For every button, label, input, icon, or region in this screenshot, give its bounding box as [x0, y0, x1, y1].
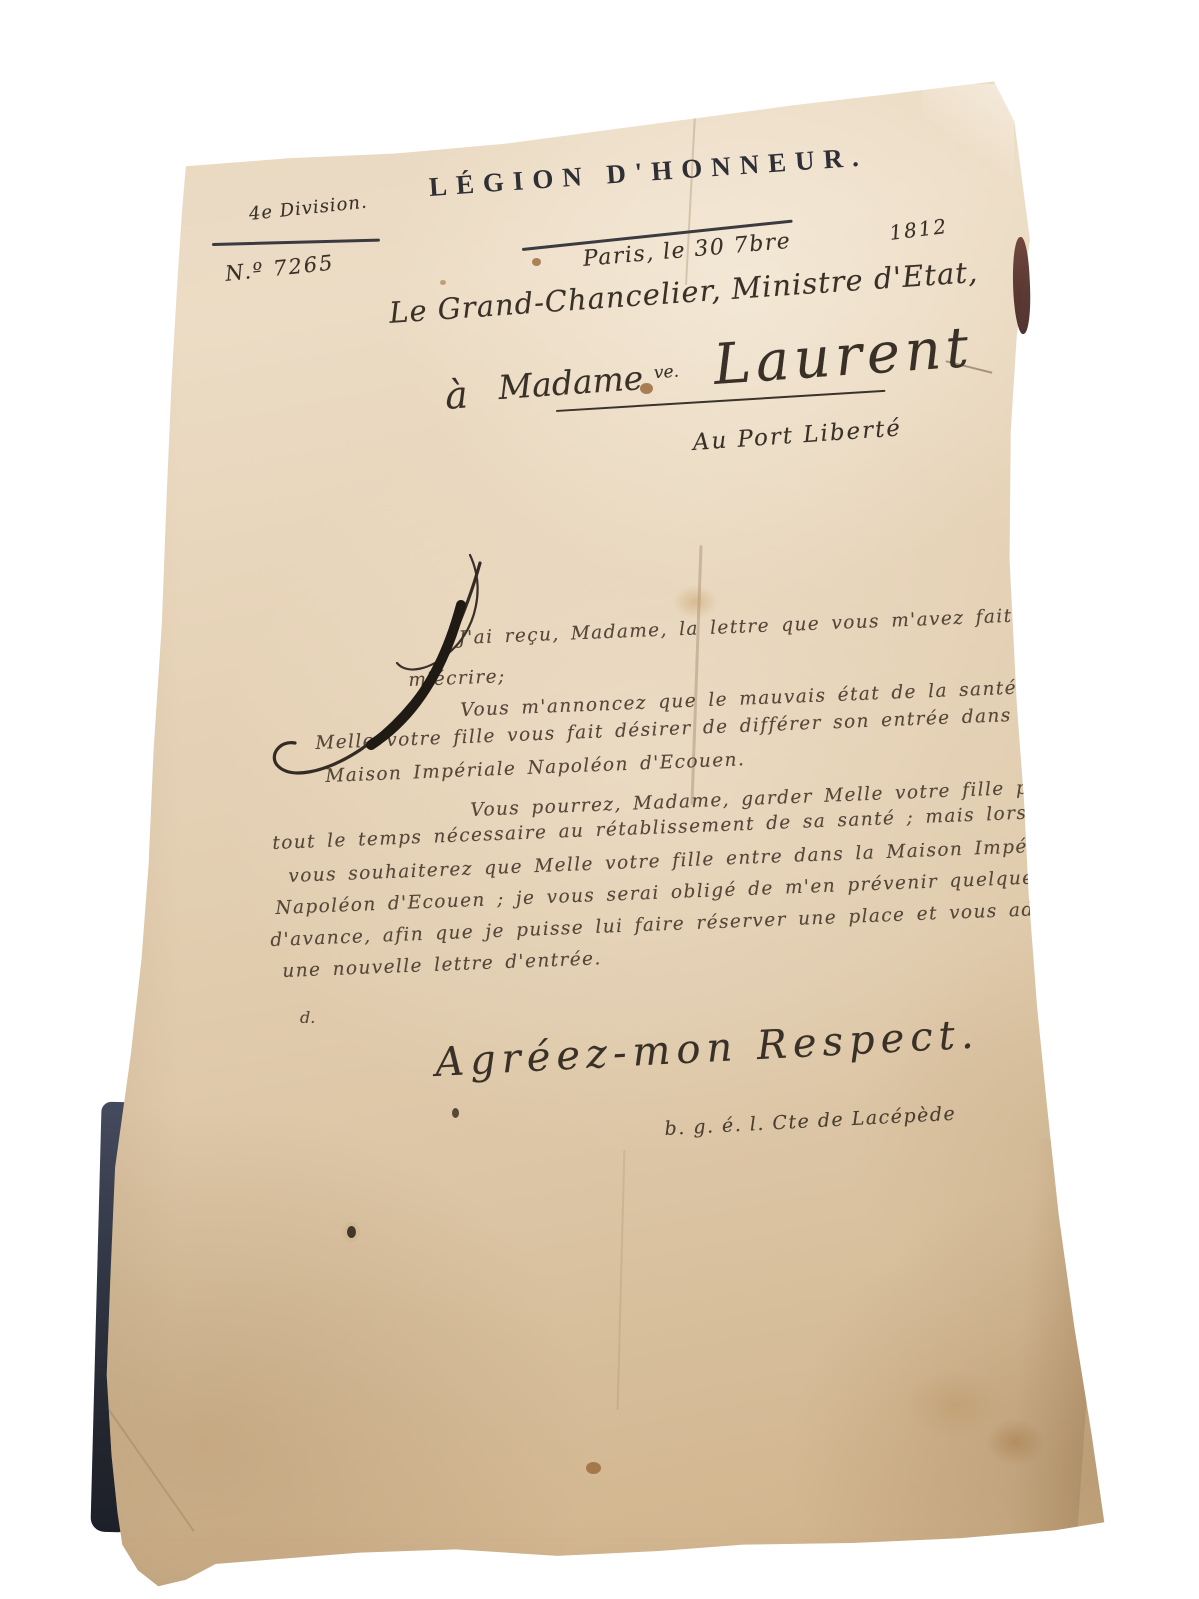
- division-underline: [212, 239, 380, 246]
- fold-crease: [1035, 560, 1043, 920]
- margin-mark: d.: [300, 1008, 315, 1027]
- closing-line: Agréez-mon Respect.: [434, 1011, 980, 1085]
- edge-wear-shading: [1005, 1138, 1104, 1562]
- stain-spot: [440, 280, 446, 285]
- addressee-prefix: à: [444, 372, 470, 417]
- initial-flourish: [255, 545, 505, 785]
- worm-hole: [347, 1226, 356, 1238]
- fold-crease: [107, 1408, 195, 1532]
- addressee-surname: Laurent: [711, 315, 975, 398]
- division-label: 4e Division.: [248, 192, 369, 225]
- addressee-title: Madame: [497, 358, 644, 407]
- stain-spot: [586, 1462, 601, 1474]
- stain-blotch: [672, 585, 718, 619]
- letterhead-title: LÉGION D'HONNEUR.: [428, 141, 869, 203]
- document-photo: 4e Division. LÉGION D'HONNEUR. N.º 7265 …: [0, 0, 1199, 1599]
- body-line: J'ai reçu, Madame, la lettre que vous m'…: [458, 600, 1163, 649]
- fold-crease: [617, 1150, 626, 1410]
- addressee-particle: ve.: [653, 362, 679, 384]
- sender-title-line: Le Grand-Chancelier, Ministre d'Etat,: [388, 255, 979, 330]
- signature: b. g. é. l. Cte de Lacépède: [664, 1103, 957, 1140]
- year: 1812: [888, 214, 949, 245]
- document-number: N.º 7265: [224, 251, 336, 286]
- addressee-address: Au Port Liberté: [692, 415, 903, 456]
- body-line: une nouvelle lettre d'entrée.: [282, 948, 602, 982]
- stain-spot: [532, 258, 541, 266]
- worm-hole: [452, 1108, 459, 1118]
- folded-corner-highlight: [922, 84, 1014, 179]
